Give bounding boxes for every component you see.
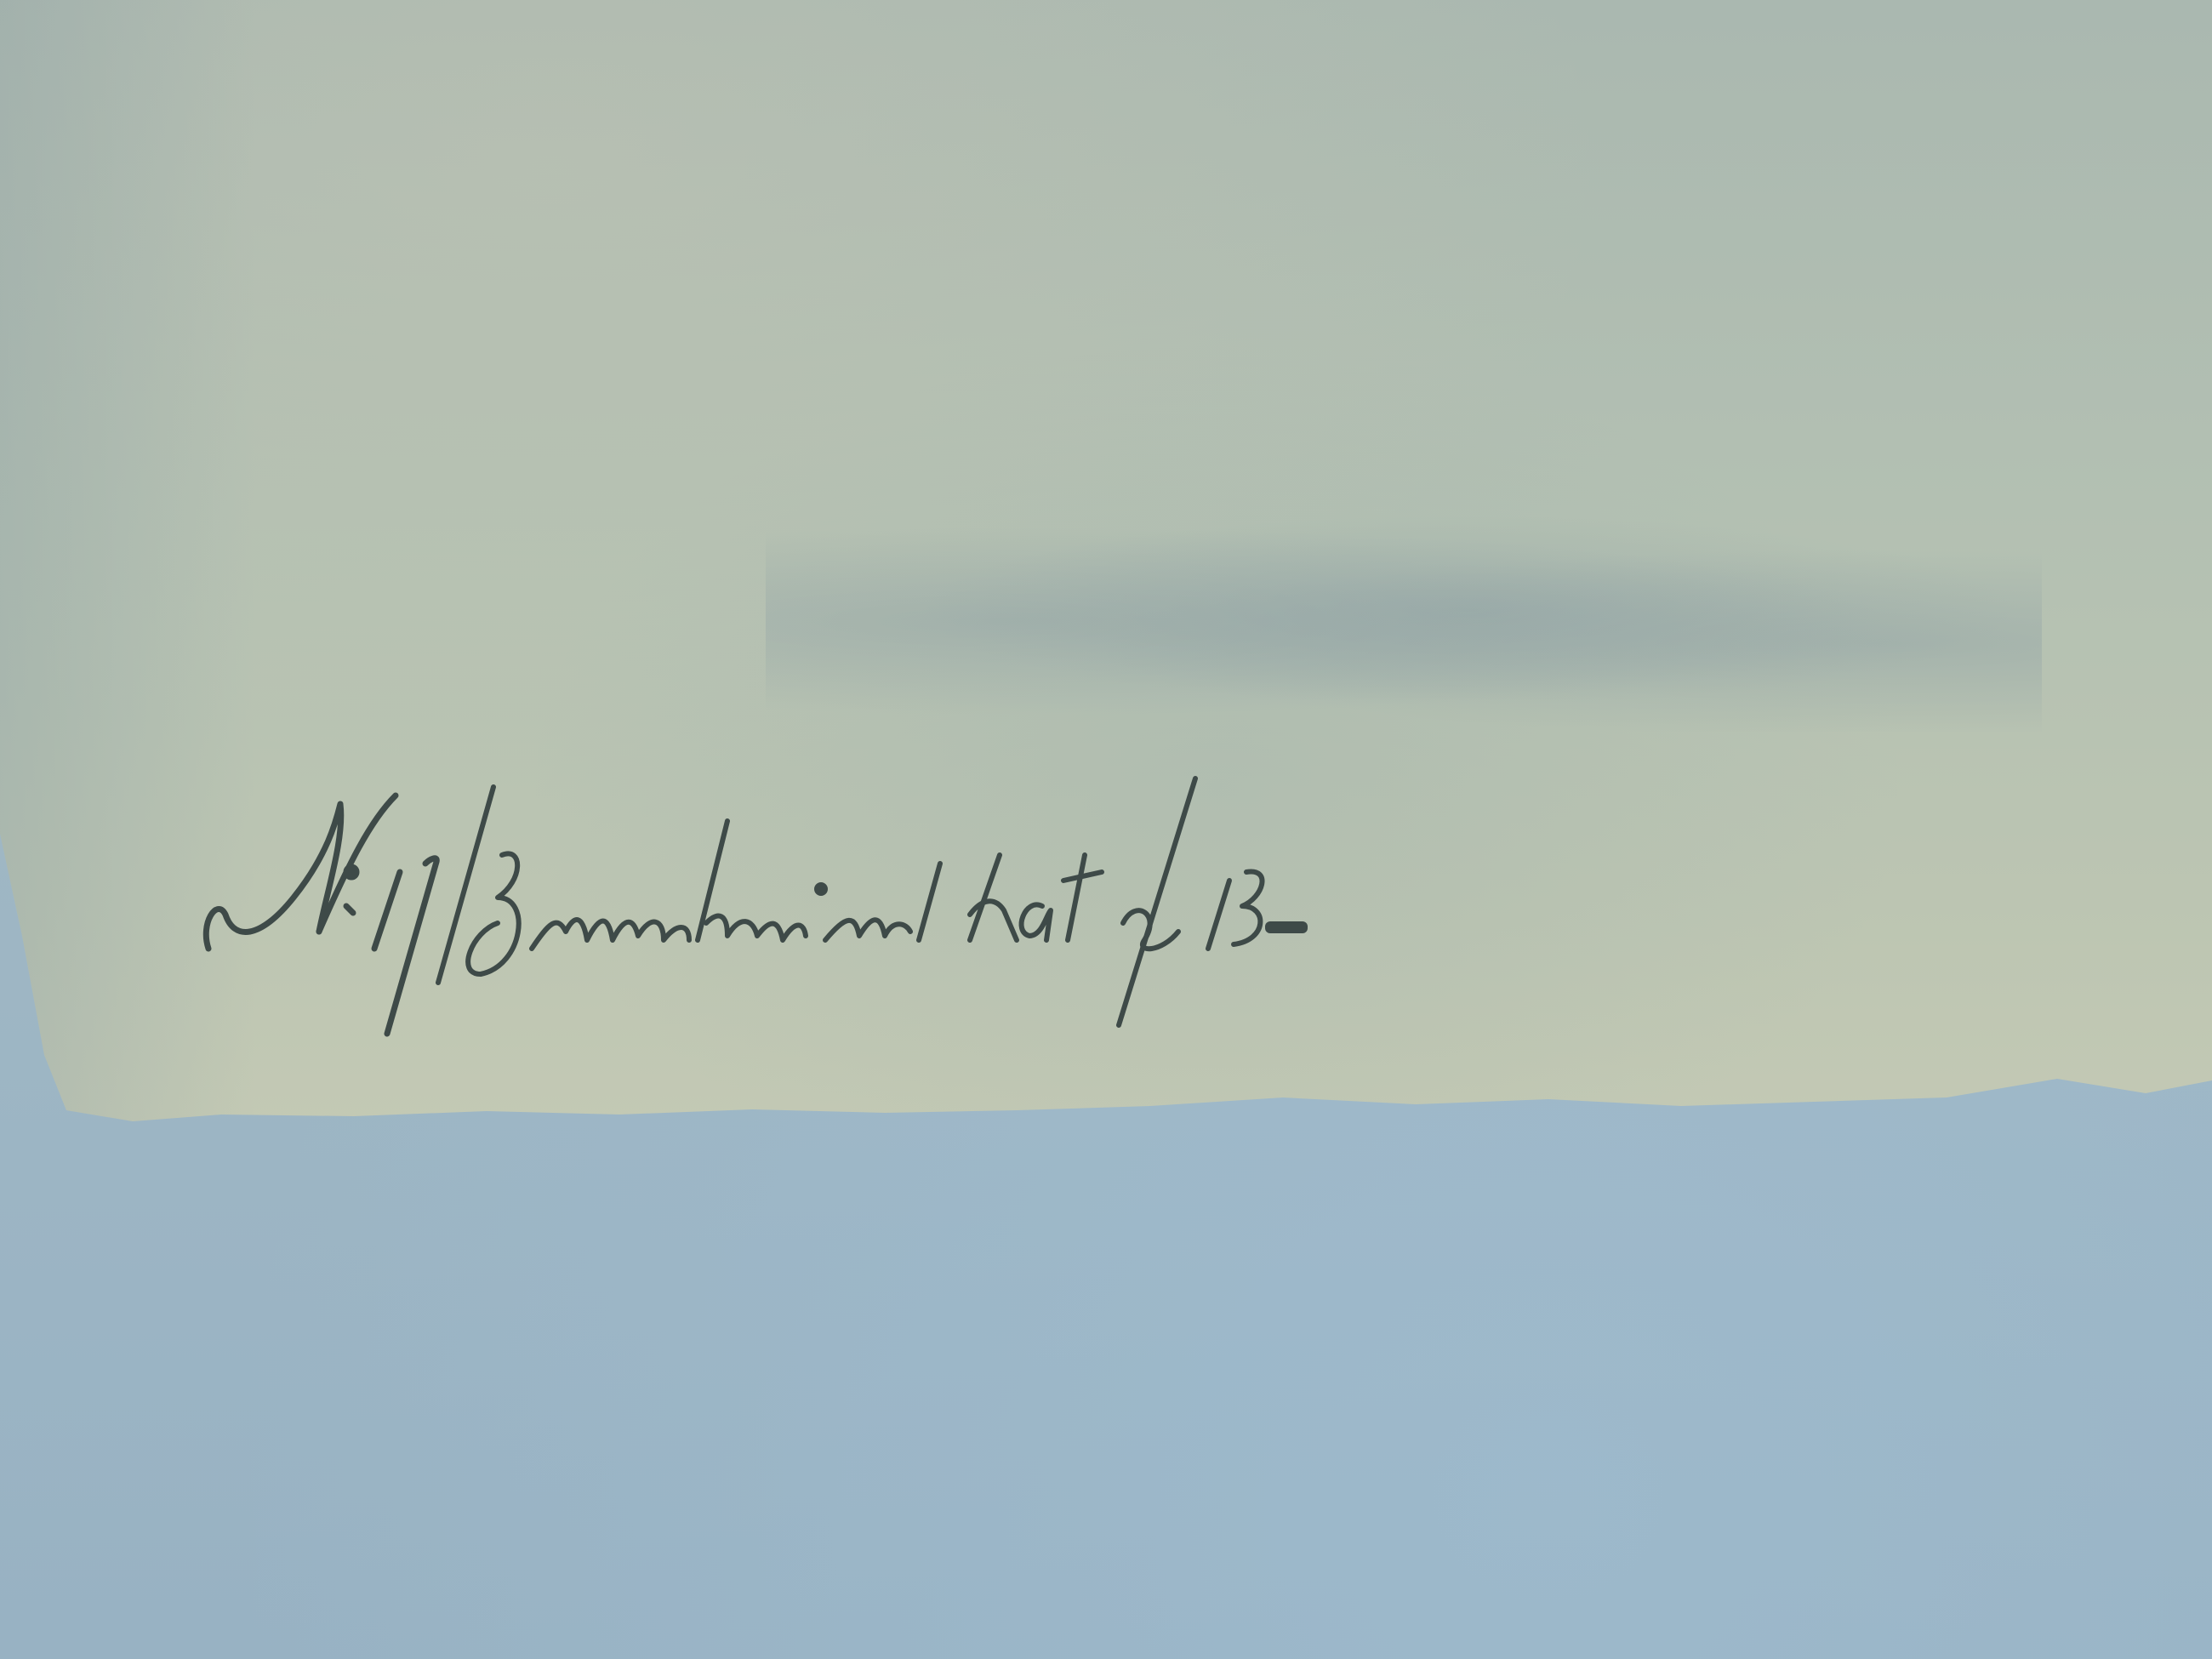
inscription-price [1119,778,1308,1025]
paper-stains [766,510,2042,732]
pencil-inscription: Nº 17 Boerenhuis met kat ƒ 15.– [200,770,1987,1059]
paper-sheet: Nº 17 Boerenhuis met kat ƒ 15.– [0,0,2212,1123]
inscription-title [438,787,1102,983]
inscription-number-label [206,795,436,1034]
